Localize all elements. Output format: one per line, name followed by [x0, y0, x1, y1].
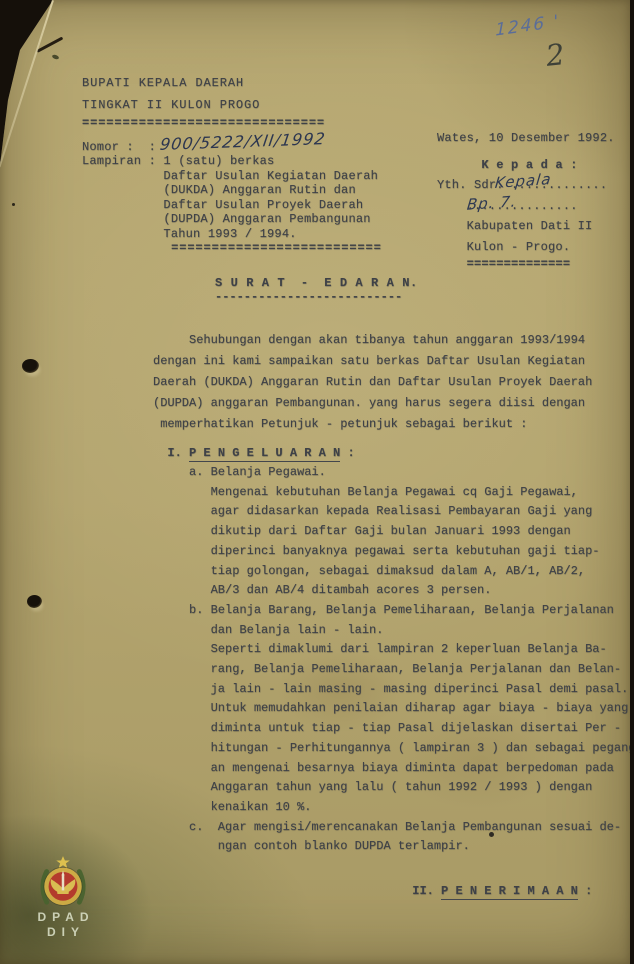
- opening-paragraph: Sehubungan dengan akan tibanya tahun ang…: [153, 330, 634, 435]
- typed-line: Seperti dimaklumi dari lampiran 2 keperl…: [153, 640, 634, 660]
- typed-line: memperhatikan Petunjuk - petunjuk sebaga…: [153, 414, 634, 435]
- section1-heading-text: P E N G E L U A R A N: [189, 446, 340, 462]
- typed-line: b. Belanja Barang, Belanja Pemeliharaan,…: [153, 601, 634, 621]
- section2-heading: II. P E N E R I M A A N :: [153, 881, 634, 901]
- letter-body: Sehubungan dengan akan tibanya tahun ang…: [153, 330, 634, 901]
- typed-line: Tahun 1993 / 1994.: [82, 227, 382, 242]
- typed-line: Daftar Usulan Kegiatan Daerah: [82, 169, 382, 184]
- regional-emblem-logo: [39, 856, 87, 910]
- nomor-line: Nomor : :900/5222/XII/1992: [82, 138, 382, 155]
- typed-line: Daerah (DUKDA) Anggaran Rutin dan Daftar…: [153, 372, 634, 393]
- typed-line: kenaikan 10 %.: [153, 798, 634, 818]
- handwritten-bp7: Bp. 7.: [466, 192, 517, 214]
- dotted-line-2: ...............: [437, 196, 615, 217]
- addressee-block: Wates, 10 Desember 1992. K e p a d a : Y…: [437, 128, 615, 275]
- archive-number-annotation: 1246 ': [495, 11, 560, 40]
- typed-line: dengan ini kami sampaikan satu berkas Da…: [153, 351, 634, 372]
- typed-line: Daftar Usulan Proyek Daerah: [82, 198, 382, 213]
- title-underline: --------------------------: [215, 288, 418, 308]
- typed-line: ngan contoh blanko DUPDA terlampir.: [153, 837, 634, 857]
- typed-line: diminta untuk tiap - tiap Pasal dijelask…: [153, 719, 634, 739]
- typed-line: dan Belanja lain - lain.: [153, 621, 634, 641]
- typed-line: AB/3 dan AB/4 ditambah acores 3 persen.: [153, 581, 634, 601]
- nomor-label: Nomor : :: [82, 140, 156, 154]
- typed-line: Untuk memudahkan penilaian diharap agar …: [153, 699, 634, 719]
- section2-heading-text: P E N E R I M A A N: [441, 884, 578, 900]
- punch-hole-top: [22, 359, 39, 373]
- typed-line: c. Agar mengisi/merencanakan Belanja Pem…: [153, 818, 634, 838]
- dpad-diy-watermark: DPAD DIY: [8, 856, 118, 940]
- ink-speck: [489, 832, 494, 837]
- ink-speck: [52, 54, 60, 60]
- typed-line: hitungan - Perhitungannya ( lampiran 3 )…: [153, 739, 634, 759]
- lampiran-separator: ==========================: [82, 241, 382, 256]
- letterhead: BUPATI KEPALA DAERAH TINGKAT II KULON PR…: [82, 76, 382, 256]
- typed-line: an mengenai besarnya biaya diminta dapat…: [153, 759, 634, 779]
- typed-line: tiap golongan, sebagai dimaksud dalam A,…: [153, 562, 634, 582]
- typed-line: dikutip dari Daftar Gaji bulan Januari 1…: [153, 522, 634, 542]
- lampiran-description: Daftar Usulan Kegiatan Daerah (DUKDA) An…: [82, 169, 382, 242]
- kabupaten-line: Kabupaten Dati II: [437, 216, 615, 237]
- ink-speck: [12, 203, 15, 206]
- section1-numeral: I.: [153, 446, 189, 460]
- lampiran-line: Lampiran : 1 (satu) berkas: [82, 154, 382, 169]
- watermark-text-line1: DPAD: [8, 910, 118, 925]
- typed-line: Mengenai kebutuhan Belanja Pegawai cq Ga…: [153, 483, 634, 503]
- section2-colon: :: [578, 884, 592, 898]
- section1-content: a. Belanja Pegawai. Mengenai kebutuhan B…: [153, 463, 634, 857]
- typed-line: (DUKDA) Anggaran Rutin dan: [82, 183, 382, 198]
- addressee-separator: ==============: [437, 254, 615, 275]
- nomor-handwritten-value: 900/5222/XII/1992: [159, 132, 326, 152]
- office-name-line1: BUPATI KEPALA DAERAH: [82, 76, 382, 91]
- date-line: Wates, 10 Desember 1992.: [437, 128, 615, 149]
- page-number-annotation: 2: [544, 37, 566, 73]
- section2-numeral: II.: [153, 884, 441, 898]
- section1-colon: :: [340, 446, 354, 460]
- typed-line: rang, Belanja Pemeliharaan, Belanja Perj…: [153, 660, 634, 680]
- paper-sheet: 1246 ' 2 BUPATI KEPALA DAERAH TINGKAT II…: [0, 0, 630, 964]
- punch-hole-bottom: [27, 595, 42, 608]
- letterhead-separator: ==============================: [82, 116, 382, 131]
- typed-line: diperinci banyaknya pegawai serta kebutu…: [153, 542, 634, 562]
- watermark-text-line2: DIY: [8, 925, 118, 940]
- typed-line: Sehubungan dengan akan tibanya tahun ang…: [153, 330, 634, 351]
- typed-line: a. Belanja Pegawai.: [153, 463, 634, 483]
- typed-line: Anggaran tahun yang lalu ( tahun 1992 / …: [153, 778, 634, 798]
- section1-heading: I. P E N G E L U A R A N :: [153, 443, 634, 463]
- typed-line: ja lain - lain masing - masing diperinci…: [153, 680, 634, 700]
- office-name-line2: TINGKAT II KULON PROGO: [82, 98, 382, 113]
- scanned-document-page: 1246 ' 2 BUPATI KEPALA DAERAH TINGKAT II…: [0, 0, 634, 964]
- typed-line: (DUPDA) Anggaran Pembangunan: [82, 212, 382, 227]
- document-title: S U R A T - E D A R A N. ---------------…: [215, 274, 418, 307]
- typed-line: agar didasarkan kepada Realisasi Pembaya…: [153, 502, 634, 522]
- typed-line: (DUPDA) anggaran Pembangunan. yang harus…: [153, 393, 634, 414]
